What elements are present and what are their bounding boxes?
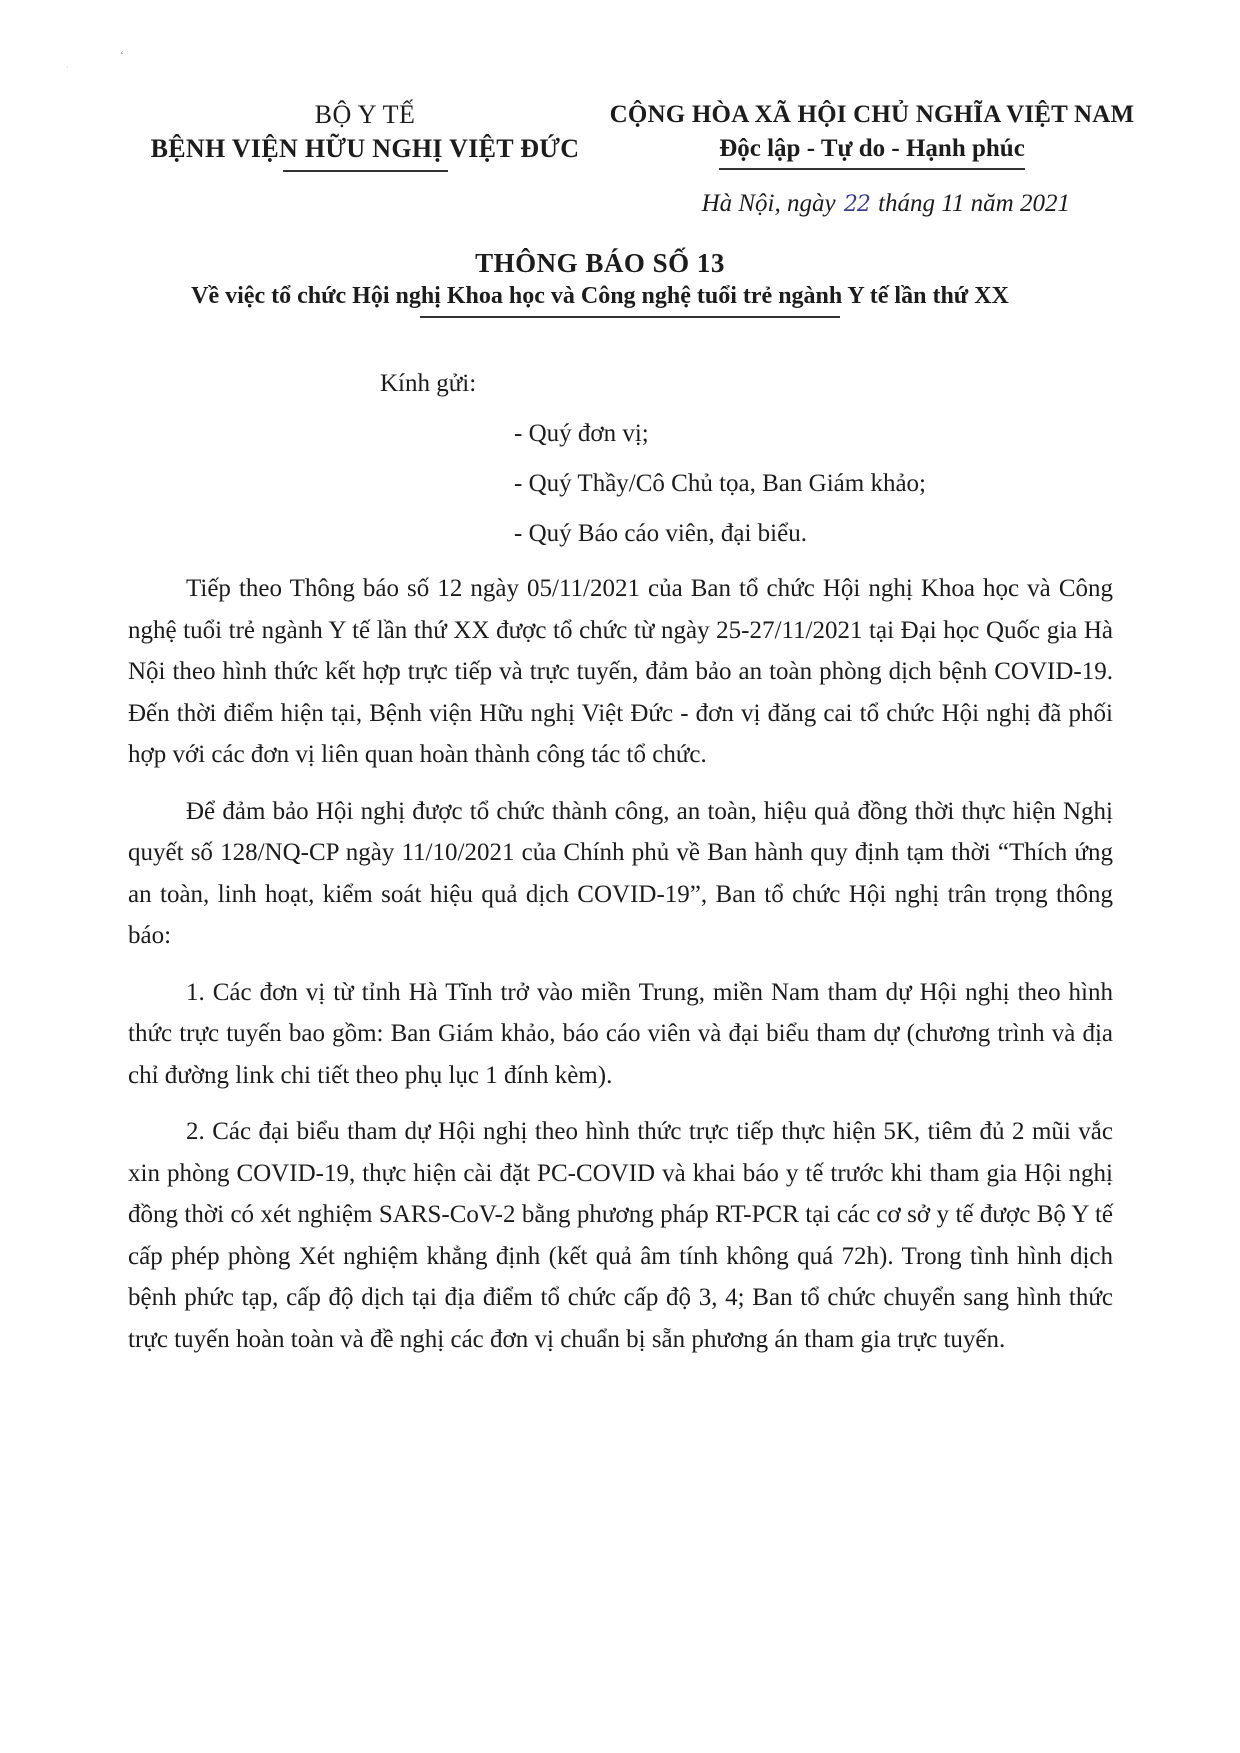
body-paragraph: 1. Các đơn vị từ tỉnh Hà Tĩnh trở vào mi… bbox=[128, 972, 1113, 1097]
date-line: Hà Nội, ngày 22 tháng 11 năm 2021 bbox=[600, 188, 1070, 221]
document-title: THÔNG BÁO SỐ 13 bbox=[80, 246, 1120, 280]
document-page: ‘ · BỘ Y TẾ BỆNH VIỆN HỮU NGHỊ VIỆT ĐỨC … bbox=[0, 0, 1240, 1753]
handwritten-day: 22 bbox=[844, 192, 870, 217]
body-paragraph: Để đảm bảo Hội nghị được tổ chức thành c… bbox=[128, 791, 1113, 957]
ministry-name: BỘ Y TẾ bbox=[120, 98, 610, 132]
recipient-item: - Quý Báo cáo viên, đại biểu. bbox=[514, 516, 926, 552]
scan-speck: · bbox=[66, 64, 69, 72]
national-motto: Độc lập - Tự do - Hạnh phúc bbox=[719, 132, 1025, 170]
recipient-item: - Quý đơn vị; bbox=[514, 416, 926, 452]
recipients-list: - Quý đơn vị; - Quý Thầy/Cô Chủ tọa, Ban… bbox=[380, 416, 926, 552]
subtitle-underline bbox=[420, 316, 840, 318]
authority-underline bbox=[283, 170, 448, 172]
date-suffix: tháng 11 năm 2021 bbox=[878, 190, 1070, 217]
recipients-greeting: Kính gửi: bbox=[380, 366, 926, 402]
body-paragraph: 2. Các đại biểu tham dự Hội nghị theo hì… bbox=[128, 1111, 1113, 1360]
scan-speck: ‘ bbox=[120, 49, 124, 61]
date-prefix: Hà Nội, ngày bbox=[702, 190, 836, 217]
country-name: CỘNG HÒA XÃ HỘI CHỦ NGHĨA VIỆT NAM bbox=[592, 98, 1152, 132]
recipients-block: Kính gửi: - Quý đơn vị; - Quý Thầy/Cô Ch… bbox=[380, 366, 926, 566]
national-heading: CỘNG HÒA XÃ HỘI CHỦ NGHĨA VIỆT NAM Độc l… bbox=[592, 98, 1152, 170]
issuing-authority: BỘ Y TẾ BỆNH VIỆN HỮU NGHỊ VIỆT ĐỨC bbox=[120, 98, 610, 172]
recipient-item: - Quý Thầy/Cô Chủ tọa, Ban Giám khảo; bbox=[514, 466, 926, 502]
document-title-block: THÔNG BÁO SỐ 13 Về việc tổ chức Hội nghị… bbox=[80, 246, 1120, 318]
document-body: Tiếp theo Thông báo số 12 ngày 05/11/202… bbox=[128, 568, 1113, 1375]
hospital-name: BỆNH VIỆN HỮU NGHỊ VIỆT ĐỨC bbox=[120, 132, 610, 166]
document-subtitle: Về việc tổ chức Hội nghị Khoa học và Côn… bbox=[80, 280, 1120, 312]
body-paragraph: Tiếp theo Thông báo số 12 ngày 05/11/202… bbox=[128, 568, 1113, 776]
